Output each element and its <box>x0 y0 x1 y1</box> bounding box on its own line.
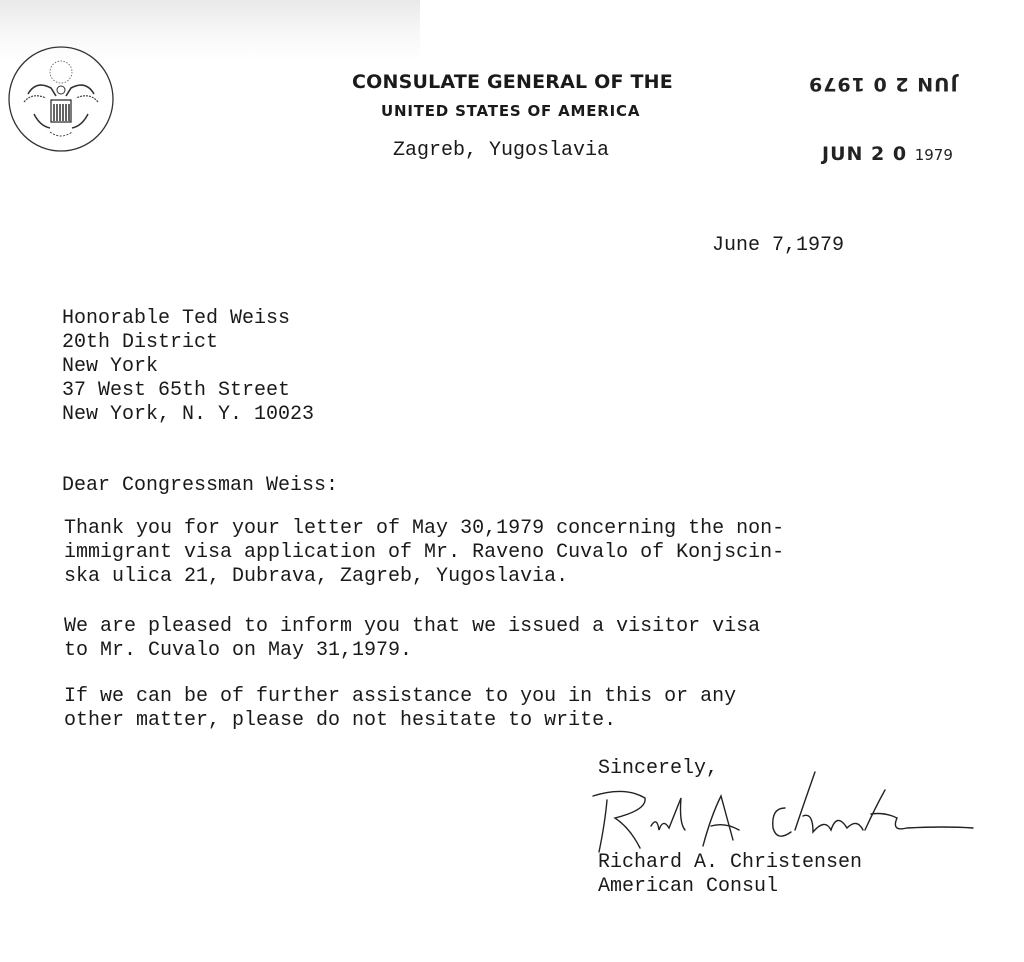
received-stamp: JUN 2 0 1979 <box>822 143 953 165</box>
great-seal-eagle-icon <box>6 44 116 154</box>
recipient-street: 37 West 65th Street <box>62 379 314 403</box>
recipient-city-zip: New York, N. Y. 10023 <box>62 403 314 427</box>
received-stamp-upside-down: JUN 2 0 1979 <box>808 73 958 95</box>
signer-name: Richard A. Christensen <box>598 851 862 875</box>
signature-block: Richard A. Christensen American Consul <box>598 851 862 899</box>
received-stamp-year: 1979 <box>915 146 953 164</box>
body-paragraph: We are pleased to inform you that we iss… <box>64 615 760 663</box>
letterhead-title: CONSULATE GENERAL OF THE <box>352 71 682 93</box>
received-stamp-date: JUN 2 0 <box>822 143 907 165</box>
letterhead-location: Zagreb, Yugoslavia <box>393 139 609 162</box>
body-paragraph: If we can be of further assistance to yo… <box>64 685 736 733</box>
handwritten-signature <box>585 768 985 858</box>
signer-title: American Consul <box>598 875 862 899</box>
body-paragraph: Thank you for your letter of May 30,1979… <box>64 517 784 589</box>
recipient-address: Honorable Ted Weiss 20th District New Yo… <box>62 307 314 427</box>
salutation: Dear Congressman Weiss: <box>62 474 338 497</box>
recipient-district: 20th District <box>62 331 314 355</box>
letterhead-subtitle: UNITED STATES OF AMERICA <box>381 102 640 120</box>
recipient-state: New York <box>62 355 314 379</box>
letter-date: June 7,1979 <box>712 234 844 257</box>
recipient-name: Honorable Ted Weiss <box>62 307 314 331</box>
